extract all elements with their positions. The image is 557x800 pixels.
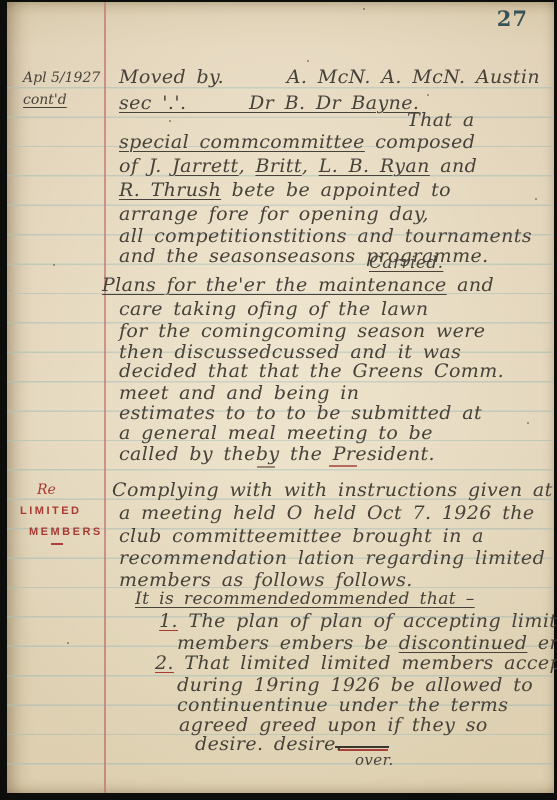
handwriting-segment: members as follows follows. [119, 569, 413, 591]
handwriting-segment: over. [355, 751, 394, 769]
margin-note-text: Apl 5/1927 [23, 70, 100, 86]
margin-note: cont'd [23, 92, 67, 108]
handwriting-segment: members embers be [177, 632, 399, 654]
handwritten-line: a meeting held O held Oct 7. 1926 the [119, 504, 535, 523]
scanned-ledger-page: 27 Apl 5/1927cont'dReLIMITEDMEMBERS Move… [7, 2, 554, 793]
handwriting-segment: and [430, 155, 477, 177]
margin-note: MEMBERS [29, 526, 103, 538]
handwritten-line: Carried. [369, 255, 443, 272]
margin-note: Apl 5/1927 [23, 70, 100, 86]
paper-speck [67, 642, 69, 644]
handwritten-line: of J. Jarrett, Britt, L. B. Ryan and [119, 157, 477, 176]
handwriting-segment: , [302, 155, 319, 177]
handwritten-line: a general meal meeting to be [119, 424, 433, 443]
handwriting-segment: discontinued [399, 632, 528, 654]
ink-rule-mark [335, 746, 389, 748]
handwriting-segment: That limited limited members accepted [174, 652, 557, 674]
handwritten-line: members as follows follows. [119, 571, 413, 590]
paper-speck [53, 264, 55, 266]
ink-rule-mark [51, 543, 63, 545]
handwriting-segment: 2. [155, 652, 174, 674]
paper-speck [535, 198, 537, 200]
handwriting-segment: of J. [119, 155, 172, 177]
margin-note: LIMITED [20, 505, 82, 517]
paper-speck [427, 94, 429, 96]
handwritten-line: sec '.'. Dr B. Dr Bayne. [119, 94, 419, 113]
handwriting-segment: The plan of plan of accepting limited [178, 610, 557, 632]
page-number: 27 [497, 6, 528, 31]
handwriting-segment: decided that that the Greens Comm. [119, 360, 504, 382]
handwriting-segment: composed [365, 131, 476, 153]
handwriting-segment: R. Thrush [119, 179, 221, 201]
ink-rule-mark [257, 466, 275, 468]
handwritten-line: desire. desire. [195, 735, 342, 754]
handwriting-segment: sec '.'. Dr B. Dr Bayne. [119, 92, 419, 114]
handwritten-line: meet and and being in [119, 384, 359, 403]
handwriting-segment: and [447, 274, 494, 296]
handwriting-segment: care taking ofing of the lawn [119, 298, 428, 320]
handwriting-segment: Plans for the'er the maintenance [102, 274, 447, 296]
handwritten-line: arrange fore for opening day, [119, 205, 429, 224]
handwritten-line: Plans for the'er the maintenance and [102, 276, 494, 295]
handwriting-segment: That a [407, 109, 475, 131]
handwritten-line: Complying with with instructions given a… [112, 481, 553, 500]
handwriting-segment: estimates to to to be submitted at [119, 402, 482, 424]
handwritten-line: called by theby the President. [119, 445, 435, 464]
handwritten-line: special commcommittee composed [119, 133, 475, 152]
handwriting-segment: , [239, 155, 256, 177]
handwriting-segment: continuentinue under the terms [177, 694, 508, 716]
handwritten-line: during 19ring 1926 be allowed to [177, 676, 533, 695]
margin-note-text: MEMBERS [29, 526, 103, 538]
margin-note-text: LIMITED [20, 505, 82, 517]
handwriting-segment: L. B. Ryan [319, 155, 430, 177]
handwriting-segment: meet and and being in [119, 382, 359, 404]
handwriting-segment: entirely. [527, 632, 557, 654]
paper-speck [169, 120, 171, 122]
handwritten-line: 1. The plan of plan of accepting limited [159, 612, 557, 631]
handwritten-line: decided that that the Greens Comm. [119, 362, 504, 381]
margin-note-text: Re [37, 482, 56, 498]
handwritten-line: estimates to to to be submitted at [119, 404, 482, 423]
margin-note: Re [37, 482, 56, 498]
paper-speck [527, 422, 529, 424]
handwriting-segment: Complying with with instructions given a… [112, 479, 553, 501]
margin-note-text: cont'd [23, 92, 67, 108]
handwritten-line: over. [355, 753, 394, 768]
handwriting-segment: arrange fore for opening day, [119, 203, 429, 225]
handwriting-segment: recommendation lation regarding limited [119, 547, 545, 569]
handwriting-segment: during 19ring 1926 be allowed to [177, 674, 533, 696]
handwriting-segment: club committeemittee brought in a [119, 525, 484, 547]
handwritten-line: for the comingcoming season were [119, 322, 485, 341]
handwriting-segment: for the comingcoming season were [119, 320, 485, 342]
handwriting-segment: Moved by. A. McN. A. McN. Austin [119, 66, 540, 88]
red-margin-line [104, 2, 106, 793]
handwriting-segment: special commcommittee [119, 131, 365, 153]
handwriting-segment: bete be appointed to [221, 179, 451, 201]
handwritten-line: Moved by. A. McN. A. McN. Austin [119, 68, 540, 87]
handwritten-line: R. Thrush bete be appointed to [119, 181, 451, 200]
paper-speck [307, 60, 309, 62]
handwritten-line: recommendation lation regarding limited [119, 549, 545, 568]
handwritten-line: all competitionstitions and tournaments [119, 227, 532, 246]
handwriting-segment: Britt [255, 155, 301, 177]
handwriting-segment: a general meal meeting to be [119, 422, 433, 444]
ink-rule-mark [329, 465, 357, 467]
handwriting-segment: Carried. [369, 253, 443, 273]
handwritten-line: members embers be discontinued entirely. [177, 634, 557, 653]
handwriting-segment: desire. desire. [195, 733, 342, 755]
handwritten-line: That a [407, 111, 475, 130]
handwritten-line: continuentinue under the terms [177, 696, 508, 715]
handwriting-segment: a meeting held O held Oct 7. 1926 the [119, 502, 535, 524]
paper-speck [363, 8, 365, 10]
handwriting-segment: 1. [159, 610, 178, 632]
handwriting-segment: It is recommendedommended that – [135, 589, 475, 609]
handwriting-segment: all competitionstitions and tournaments [119, 225, 532, 247]
handwritten-line: club committeemittee brought in a [119, 527, 484, 546]
handwritten-line: 2. That limited limited members accepted [155, 654, 557, 673]
handwriting-segment: Jarrett [172, 155, 238, 177]
handwriting-segment: called by theby the President. [119, 443, 435, 465]
handwritten-line: It is recommendedommended that – [135, 591, 475, 608]
handwritten-line: care taking ofing of the lawn [119, 300, 428, 319]
